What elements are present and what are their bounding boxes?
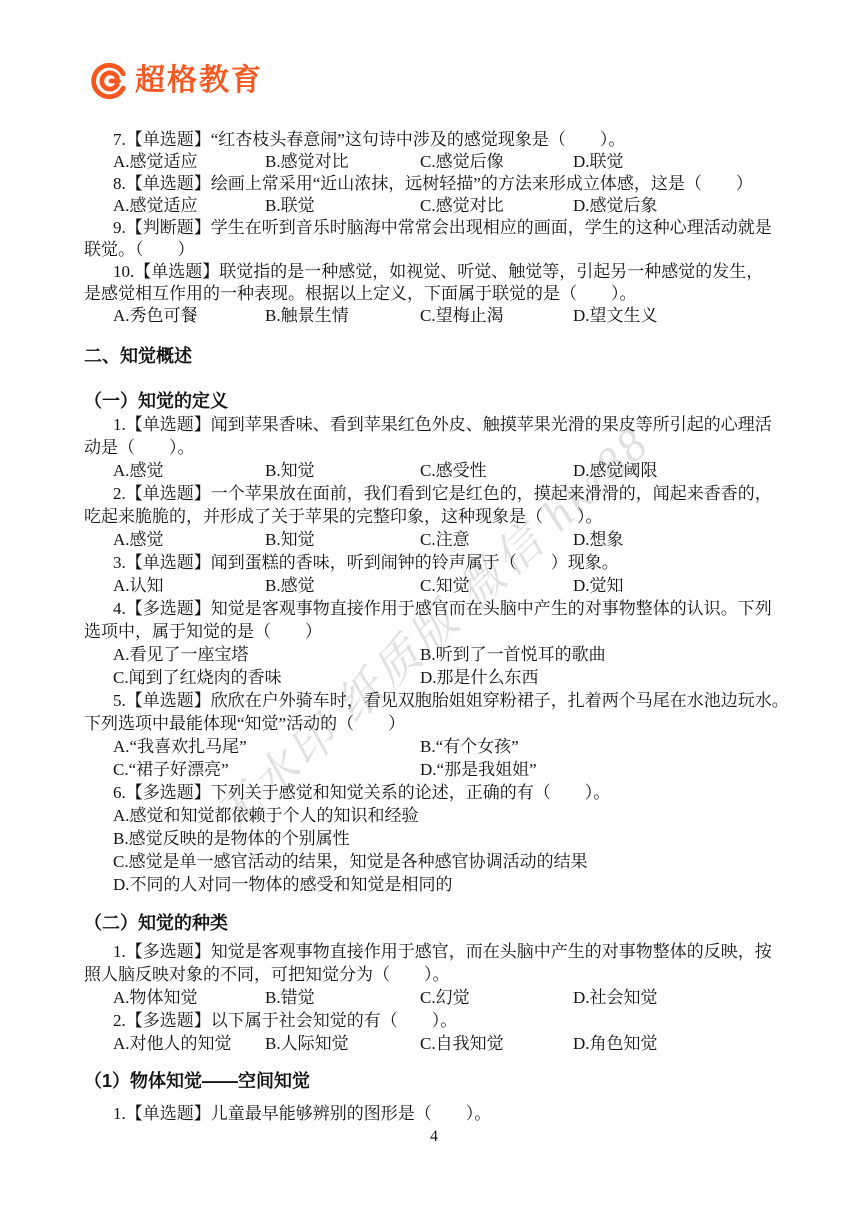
s1-question-3-options: A.认知 B.感觉 C.知觉 D.觉知: [84, 574, 784, 597]
chaoge-g-icon: [90, 62, 128, 100]
s1-question-6-option-d: D.不同的人对同一物体的感受和知觉是相同的: [84, 873, 784, 896]
s1-question-2-text-cont: 吃起来脆脆的，并形成了关于苹果的完整印象，这种现象是（ ）。: [84, 505, 784, 528]
subsection-3-heading: （1）物体知觉——空间知觉: [84, 1070, 784, 1093]
option-d: D.感觉阈限: [573, 459, 658, 482]
s3-question-1-text: 1.【单选题】儿童最早能够辨别的图形是（ ）。: [84, 1102, 784, 1125]
option-a: A.物体知觉: [113, 986, 198, 1009]
s2-question-1-text: 1.【多选题】知觉是客观事物直接作用于感官，而在头脑中产生的对事物整体的反映，按: [84, 940, 784, 963]
option-d: D.社会知觉: [573, 986, 658, 1009]
option-d: D.感觉后象: [573, 194, 658, 217]
s1-question-6-option-c: C.感觉是单一感官活动的结果，知觉是各种感官协调活动的结果: [84, 850, 784, 873]
option-b: B.错觉: [265, 986, 315, 1009]
option-d: D.角色知觉: [573, 1032, 658, 1055]
s1-question-2-options: A.感觉 B.知觉 C.注意 D.想象: [84, 528, 784, 551]
document-content: 7.【单选题】“红杏枝头春意闹”这句诗中涉及的感觉现象是（ ）。 A.感觉适应 …: [0, 0, 864, 1221]
s1-question-4-text: 4.【多选题】知觉是客观事物直接作用于感官而在头脑中产生的对事物整体的认识。下列: [84, 597, 784, 620]
option-c: C.自我知觉: [420, 1032, 504, 1055]
s1-question-1-text-cont: 动是（ ）。: [84, 436, 784, 459]
s1-question-1-text: 1.【单选题】闻到苹果香味、看到苹果红色外皮、触摸苹果光滑的果皮等所引起的心理活: [84, 413, 784, 436]
brand-logo: 超格教育: [90, 62, 263, 100]
brand-logo-text: 超格教育: [135, 62, 263, 100]
option-b: B.感觉对比: [265, 150, 349, 173]
option-a: A.秀色可餐: [113, 304, 198, 327]
s1-question-5-text-cont: 下列选项中最能体现“知觉”活动的（ ）: [84, 712, 784, 735]
s2-question-2-text: 2.【多选题】以下属于社会知觉的有（ ）。: [84, 1009, 784, 1032]
option-d: D.望文生义: [573, 304, 658, 327]
question-7-text: 7.【单选题】“红杏枝头春意闹”这句诗中涉及的感觉现象是（ ）。: [84, 128, 784, 151]
option-a: A.感觉适应: [113, 150, 198, 173]
s1-question-1-options: A.感觉 B.知觉 C.感受性 D.感觉阈限: [84, 459, 784, 482]
s1-question-2-text: 2.【单选题】一个苹果放在面前，我们看到它是红色的，摸起来滑滑的，闻起来香香的，: [84, 482, 784, 505]
s1-question-4-options-cd: C.闻到了红烧肉的香味 D.那是什么东西: [84, 666, 784, 689]
option-d: D.想象: [573, 528, 624, 551]
option-c: C.知觉: [420, 574, 470, 597]
option-b: B.感觉: [265, 574, 315, 597]
page-number: 4: [84, 1128, 784, 1146]
option-b: B.知觉: [265, 528, 315, 551]
section-heading: 二、知觉概述: [84, 345, 784, 368]
s2-question-1-options: A.物体知觉 B.错觉 C.幻觉 D.社会知觉: [84, 986, 784, 1009]
s1-question-6-option-b: B.感觉反映的是物体的个别属性: [84, 827, 784, 850]
option-b: B.联觉: [265, 194, 315, 217]
s2-question-1-text-cont: 照人脑反映对象的不同，可把知觉分为（ ）。: [84, 963, 784, 986]
question-8-options: A.感觉适应 B.联觉 C.感觉对比 D.感觉后象: [84, 194, 784, 217]
option-c: C.感受性: [420, 459, 487, 482]
s2-question-2-options: A.对他人的知觉 B.人际知觉 C.自我知觉 D.角色知觉: [84, 1032, 784, 1055]
s1-question-6-option-a: A.感觉和知觉都依赖于个人的知识和经验: [84, 804, 784, 827]
question-7-options: A.感觉适应 B.感觉对比 C.感觉后像 D.联觉: [84, 150, 784, 173]
option-c: C.感觉对比: [420, 194, 504, 217]
s1-question-4-options-ab: A.看见了一座宝塔 B.听到了一首悦耳的歌曲: [84, 643, 784, 666]
option-a: A.感觉适应: [113, 194, 198, 217]
option-c: C.望梅止渴: [420, 304, 504, 327]
document-page: 无水印 纸质版 微信 hkz88 超格教育 7.【单选题】“红杏枝头春意闹”这句…: [0, 0, 864, 1221]
option-b: B.听到了一首悦耳的歌曲: [420, 643, 606, 666]
option-d: D.那是什么东西: [420, 666, 539, 689]
option-a: A.“我喜欢扎马尾”: [113, 735, 247, 758]
s1-question-3-text: 3.【单选题】闻到蛋糕的香味，听到闹钟的铃声属于（ ）现象。: [84, 551, 784, 574]
question-10-text-cont: 是感觉相互作用的一种表现。根据以上定义，下面属于联觉的是（ ）。: [84, 282, 784, 305]
option-c: C.闻到了红烧肉的香味: [113, 666, 282, 689]
option-b: B.知觉: [265, 459, 315, 482]
question-9-text: 9.【判断题】学生在听到音乐时脑海中常常会出现相应的画面，学生的这种心理活动就是: [84, 216, 784, 239]
option-a: A.看见了一座宝塔: [113, 643, 249, 666]
option-d: D.联觉: [573, 150, 624, 173]
option-b: B.“有个女孩”: [420, 735, 519, 758]
s1-question-5-text: 5.【单选题】欣欣在户外骑车时，看见双胞胎姐姐穿粉裙子，扎着两个马尾在水池边玩水…: [84, 689, 784, 712]
option-b: B.人际知觉: [265, 1032, 349, 1055]
option-d: D.“那是我姐姐”: [420, 758, 537, 781]
option-b: B.触景生情: [265, 304, 349, 327]
option-c: C.注意: [420, 528, 470, 551]
s1-question-5-options-ab: A.“我喜欢扎马尾” B.“有个女孩”: [84, 735, 784, 758]
subsection-2-heading: （二）知觉的种类: [84, 912, 784, 935]
option-a: A.感觉: [113, 528, 164, 551]
question-10-options: A.秀色可餐 B.触景生情 C.望梅止渴 D.望文生义: [84, 304, 784, 327]
option-d: D.觉知: [573, 574, 624, 597]
option-a: A.对他人的知觉: [113, 1032, 232, 1055]
option-a: A.感觉: [113, 459, 164, 482]
question-8-text: 8.【单选题】绘画上常采用“近山浓抹，远树轻描”的方法来形成立体感，这是（ ）: [84, 172, 784, 195]
option-a: A.认知: [113, 574, 164, 597]
option-c: C.幻觉: [420, 986, 470, 1009]
question-9-text-cont: 联觉。（ ）: [84, 238, 784, 261]
option-c: C.“裙子好漂亮”: [113, 758, 229, 781]
option-c: C.感觉后像: [420, 150, 504, 173]
s1-question-5-options-cd: C.“裙子好漂亮” D.“那是我姐姐”: [84, 758, 784, 781]
subsection-1-heading: （一）知觉的定义: [84, 390, 784, 413]
s1-question-4-text-cont: 选项中，属于知觉的是（ ）: [84, 620, 784, 643]
s1-question-6-text: 6.【多选题】下列关于感觉和知觉关系的论述，正确的有（ ）。: [84, 781, 784, 804]
question-10-text: 10.【单选题】联觉指的是一种感觉，如视觉、听觉、触觉等，引起另一种感觉的发生，: [84, 260, 784, 283]
